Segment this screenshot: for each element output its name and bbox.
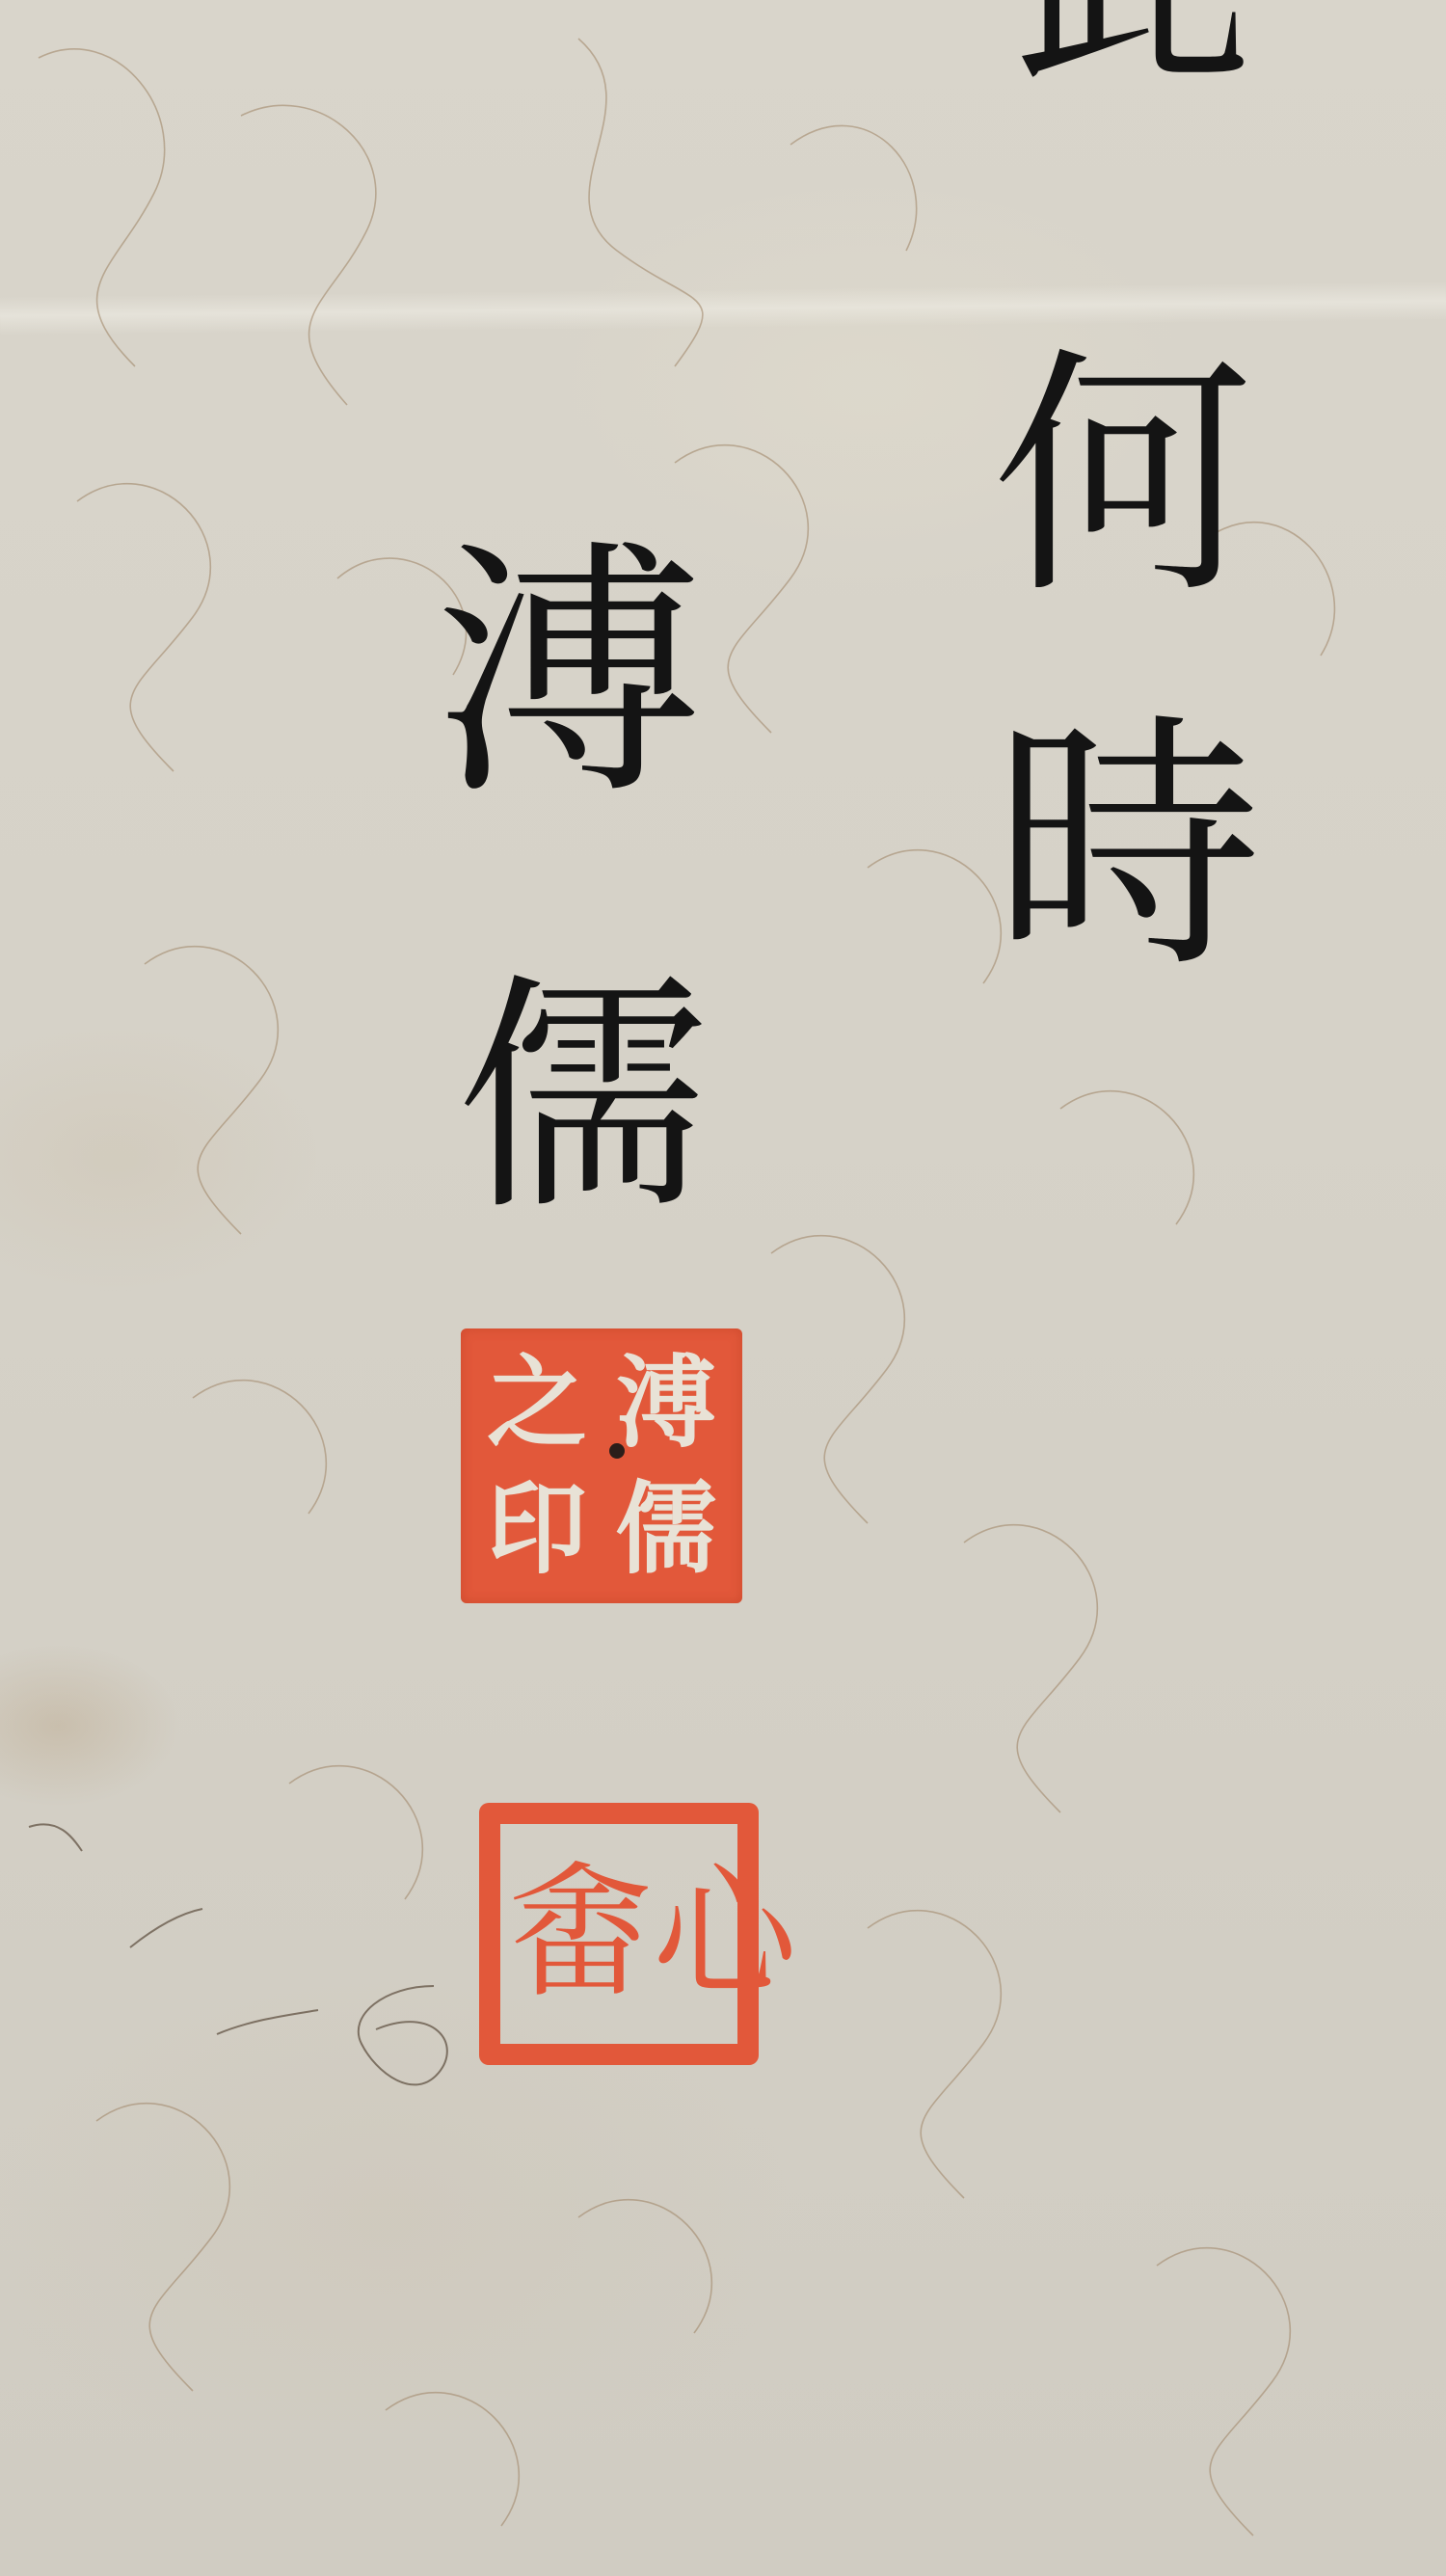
calligraphy-sheet: 此 何 時 溥 儒 之 溥 印 儒 畬 心: [0, 0, 1446, 2576]
signature-char: 溥: [434, 540, 704, 810]
artist-seal-zhuwen: 畬 心: [479, 1803, 759, 2065]
artist-seal-baiwen: 之 溥 印 儒: [461, 1328, 742, 1603]
calligraphy-char: 何: [983, 347, 1263, 607]
calligraphy-char-partial: 此: [1007, 0, 1258, 106]
ink-dot: [609, 1443, 625, 1459]
calligraphy-char: 時: [993, 713, 1253, 983]
seal-glyph: 心: [653, 1832, 797, 2036]
signature-char: 儒: [448, 974, 718, 1224]
seal-glyph: 儒: [603, 1468, 729, 1591]
seal-glyph: 印: [474, 1468, 600, 1591]
seal-glyph: 畬: [508, 1832, 653, 2036]
seal-glyph: 之: [474, 1342, 600, 1464]
